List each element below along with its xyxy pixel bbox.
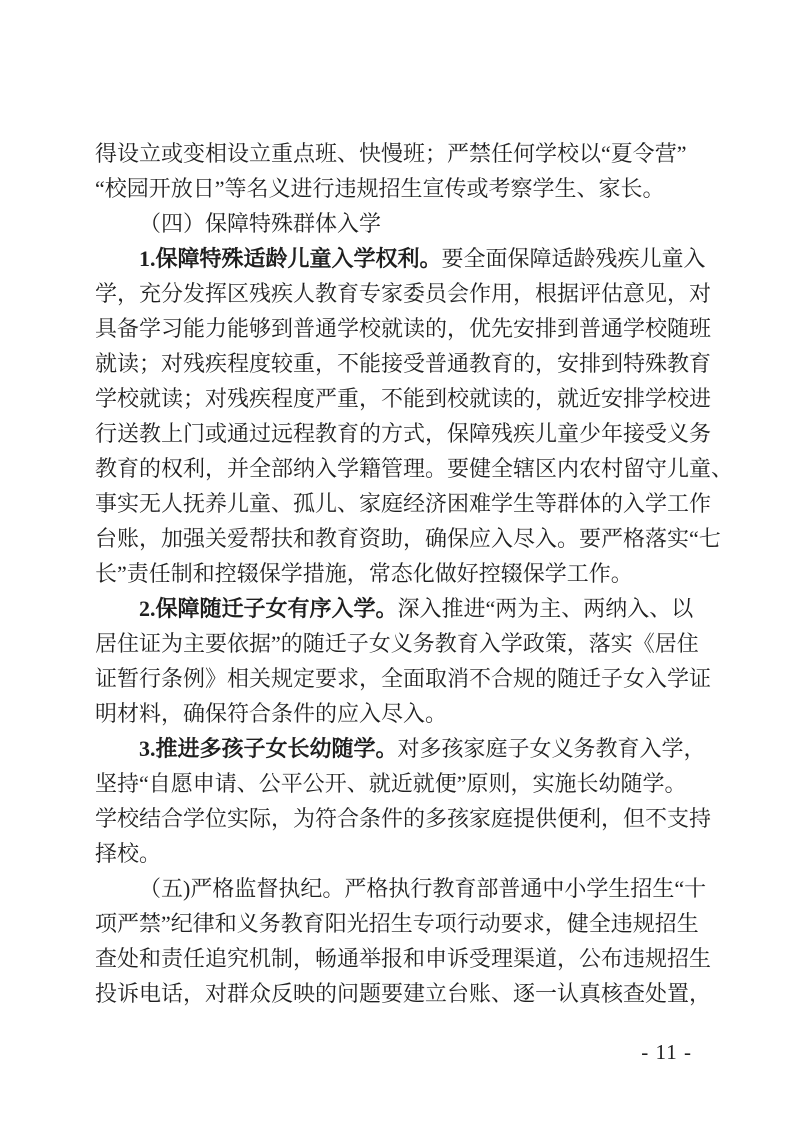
text-run: 事实无人抚养儿童、孤儿、家庭经济困难学生等群体的入学工作 bbox=[95, 491, 711, 516]
text-line: 坚持“自愿申请、公平公开、就近就便”原则，实施长幼随学。 bbox=[95, 766, 707, 801]
text-line: 学，充分发挥区残疾人教育专家委员会作用，根据评估意见，对 bbox=[95, 276, 707, 311]
text-line: 明材料，确保符合条件的应入尽入。 bbox=[95, 696, 707, 731]
text-run: 项严禁”纪律和义务教育阳光招生专项行动要求，健全违规招生 bbox=[95, 911, 699, 936]
text-line: 项严禁”纪律和义务教育阳光招生专项行动要求，健全违规招生 bbox=[95, 906, 707, 941]
text-run: 要全面保障适龄残疾儿童入 bbox=[442, 246, 706, 271]
text-line: （五)严格监督执纪。严格执行教育部普通中小学生招生“十 bbox=[95, 871, 707, 906]
text-line: 择校。 bbox=[95, 836, 707, 871]
text-line: 具备学习能力能够到普通学校就读的，优先安排到普通学校随班 bbox=[95, 311, 707, 346]
text-line: 2.保障随迁子女有序入学。深入推进“两为主、两纳入、以 bbox=[95, 591, 707, 626]
text-run: 居住证为主要依据”的随迁子女义务教育入学政策，落实《居住 bbox=[95, 631, 699, 656]
text-line: 证暂行条例》相关规定要求，全面取消不合规的随迁子女入学证 bbox=[95, 661, 707, 696]
text-line: 投诉电话，对群众反映的问题要建立台账、逐一认真核查处置， bbox=[95, 976, 707, 1011]
text-run: 证暂行条例》相关规定要求，全面取消不合规的随迁子女入学证 bbox=[95, 666, 711, 691]
text-run: 学校就读；对残疾程度严重，不能到校就读的，就近安排学校进 bbox=[95, 386, 711, 411]
text-run: 坚持“自愿申请、公平公开、就近就便”原则，实施长幼随学。 bbox=[95, 771, 687, 796]
section-heading-line: （四）保障特殊群体入学 bbox=[95, 206, 707, 241]
text-line: 3.推进多孩子女长幼随学。对多孩家庭子女义务教育入学， bbox=[95, 731, 707, 766]
text-line: 事实无人抚养儿童、孤儿、家庭经济困难学生等群体的入学工作 bbox=[95, 486, 707, 521]
bold-run: 2.保障随迁子女有序入学。 bbox=[139, 596, 398, 621]
text-run: 教育的权利，并全部纳入学籍管理。要健全辖区内农村留守儿童、 bbox=[95, 456, 733, 481]
text-run: 明材料，确保符合条件的应入尽入。 bbox=[95, 701, 447, 726]
text-run: 具备学习能力能够到普通学校就读的，优先安排到普通学校随班 bbox=[95, 316, 711, 341]
text-run: “校园开放日”等名义进行违规招生宣传或考察学生、家长。 bbox=[95, 176, 665, 201]
bold-run: 1.保障特殊适龄儿童入学权利。 bbox=[139, 246, 442, 271]
text-run: 学校结合学位实际，为符合条件的多孩家庭提供便利，但不支持 bbox=[95, 806, 711, 831]
text-run: 学，充分发挥区残疾人教育专家委员会作用，根据评估意见，对 bbox=[95, 281, 711, 306]
text-line: 居住证为主要依据”的随迁子女义务教育入学政策，落实《居住 bbox=[95, 626, 707, 661]
text-line: 长”责任制和控辍保学措施，常态化做好控辍保学工作。 bbox=[95, 556, 707, 591]
text-run: 对多孩家庭子女义务教育入学， bbox=[398, 736, 706, 761]
text-line: 查处和责任追究机制，畅通举报和申诉受理渠道，公布违规招生 bbox=[95, 941, 707, 976]
page-number: - 11 - bbox=[641, 1038, 692, 1066]
text-run: 行送教上门或通过远程教育的方式，保障残疾儿童少年接受义务 bbox=[95, 421, 711, 446]
text-run: 择校。 bbox=[95, 841, 161, 866]
text-run: 台账，加强关爱帮扶和教育资助，确保应入尽入。要严格落实“七 bbox=[95, 526, 721, 551]
text-line: 得设立或变相设立重点班、快慢班；严禁任何学校以“夏令营” bbox=[95, 136, 707, 171]
text-run: 长”责任制和控辍保学措施，常态化做好控辍保学工作。 bbox=[95, 561, 633, 586]
text-line: 学校结合学位实际，为符合条件的多孩家庭提供便利，但不支持 bbox=[95, 801, 707, 836]
document-body: 得设立或变相设立重点班、快慢班；严禁任何学校以“夏令营”“校园开放日”等名义进行… bbox=[95, 136, 707, 1011]
text-line: 就读；对残疾程度较重，不能接受普通教育的，安排到特殊教育 bbox=[95, 346, 707, 381]
text-run: 得设立或变相设立重点班、快慢班；严禁任何学校以“夏令营” bbox=[95, 141, 687, 166]
text-line: “校园开放日”等名义进行违规招生宣传或考察学生、家长。 bbox=[95, 171, 707, 206]
text-run: 投诉电话，对群众反映的问题要建立台账、逐一认真核查处置， bbox=[95, 981, 711, 1006]
text-line: 学校就读；对残疾程度严重，不能到校就读的，就近安排学校进 bbox=[95, 381, 707, 416]
bold-run: 3.推进多孩子女长幼随学。 bbox=[139, 736, 398, 761]
text-line: 台账，加强关爱帮扶和教育资助，确保应入尽入。要严格落实“七 bbox=[95, 521, 707, 556]
text-line: 1.保障特殊适龄儿童入学权利。要全面保障适龄残疾儿童入 bbox=[95, 241, 707, 276]
text-line: 教育的权利，并全部纳入学籍管理。要健全辖区内农村留守儿童、 bbox=[95, 451, 707, 486]
text-line: 行送教上门或通过远程教育的方式，保障残疾儿童少年接受义务 bbox=[95, 416, 707, 451]
document-page: 得设立或变相设立重点班、快慢班；严禁任何学校以“夏令营”“校园开放日”等名义进行… bbox=[0, 0, 792, 1121]
text-run: （五)严格监督执纪。严格执行教育部普通中小学生招生“十 bbox=[139, 876, 706, 901]
text-run: 深入推进“两为主、两纳入、以 bbox=[398, 596, 694, 621]
text-run: （四）保障特殊群体入学 bbox=[139, 211, 381, 236]
text-run: 查处和责任追究机制，畅通举报和申诉受理渠道，公布违规招生 bbox=[95, 946, 711, 971]
text-run: 就读；对残疾程度较重，不能接受普通教育的，安排到特殊教育 bbox=[95, 351, 711, 376]
